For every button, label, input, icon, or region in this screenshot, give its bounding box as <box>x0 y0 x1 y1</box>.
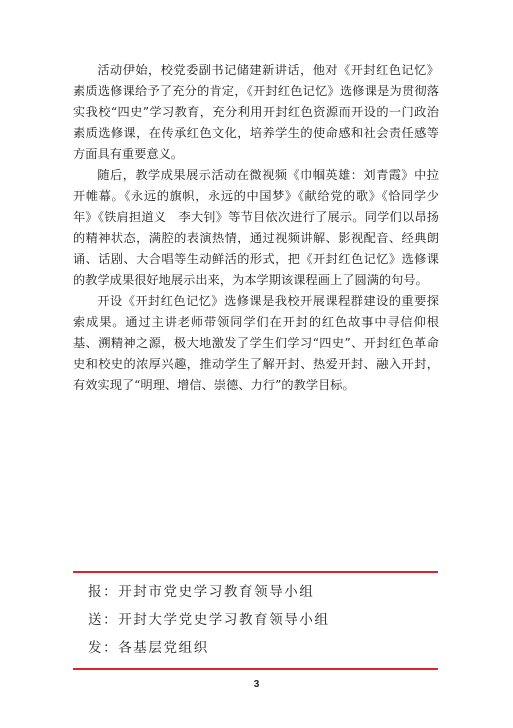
paragraph-opening-speech: 活动伊始，校党委副书记储建新讲话，他对《开封红色记忆》素质选修课给予了充分的肯定… <box>73 60 439 165</box>
send-to-line: 送：开封大学党史学习教育领导小组 <box>88 608 330 628</box>
red-divider-bottom <box>73 668 438 670</box>
report-to-line: 报：开封市党史学习教育领导小组 <box>88 580 315 600</box>
paragraph-conclusion: 开设《开封红色记忆》选修课是我校开展课程群建设的重要探索成果。通过主讲老师带领同… <box>73 291 439 396</box>
red-divider-top <box>73 571 438 573</box>
document-body: 活动伊始，校党委副书记储建新讲话，他对《开封红色记忆》素质选修课给予了充分的肯定… <box>73 60 439 396</box>
paragraph-performance: 随后，教学成果展示活动在微视频《巾帼英雄：刘青霞》中拉开帷幕。《永远的旗帜，永远… <box>73 165 439 291</box>
issue-to-line: 发：各基层党组织 <box>88 636 209 656</box>
page-number: 3 <box>0 679 513 690</box>
